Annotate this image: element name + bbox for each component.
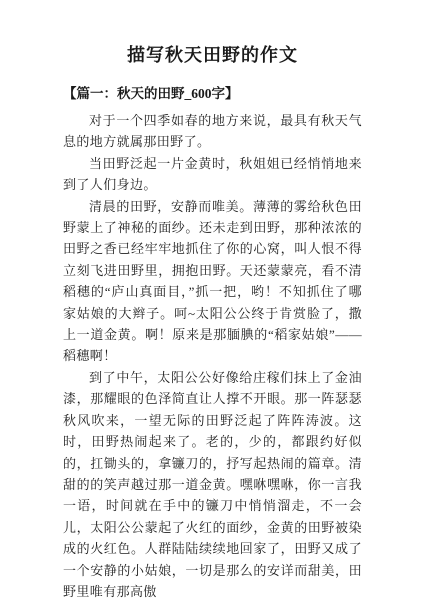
section-heading: 【篇一：秋天的田野_600字】 bbox=[63, 82, 362, 106]
essay-paragraph: 当田野泛起一片金黄时，秋姐姐已经悄悄地来到了人们身边。 bbox=[63, 153, 362, 196]
essay-paragraph: 对于一个四季如春的地方来说，最具有秋天气息的地方就属那田野了。 bbox=[63, 110, 362, 153]
essay-paragraph: 清晨的田野，安静而唯美。薄薄的雾给秋色田野蒙上了神秘的面纱。还未走到田野，那种浓… bbox=[63, 196, 362, 367]
document-page: 描写秋天田野的作文 【篇一：秋天的田野_600字】 对于一个四季如春的地方来说，… bbox=[0, 0, 424, 600]
document-content: 描写秋天田野的作文 【篇一：秋天的田野_600字】 对于一个四季如春的地方来说，… bbox=[0, 0, 424, 600]
essay-paragraph: 到了中午，太阳公公好像给庄稼们抹上了金油漆，那耀眼的色泽简直让人撑不开眼。那一阵… bbox=[63, 367, 362, 600]
essay-body: 对于一个四季如春的地方来说，最具有秋天气息的地方就属那田野了。 当田野泛起一片金… bbox=[63, 110, 362, 600]
page-title: 描写秋天田野的作文 bbox=[63, 42, 362, 68]
